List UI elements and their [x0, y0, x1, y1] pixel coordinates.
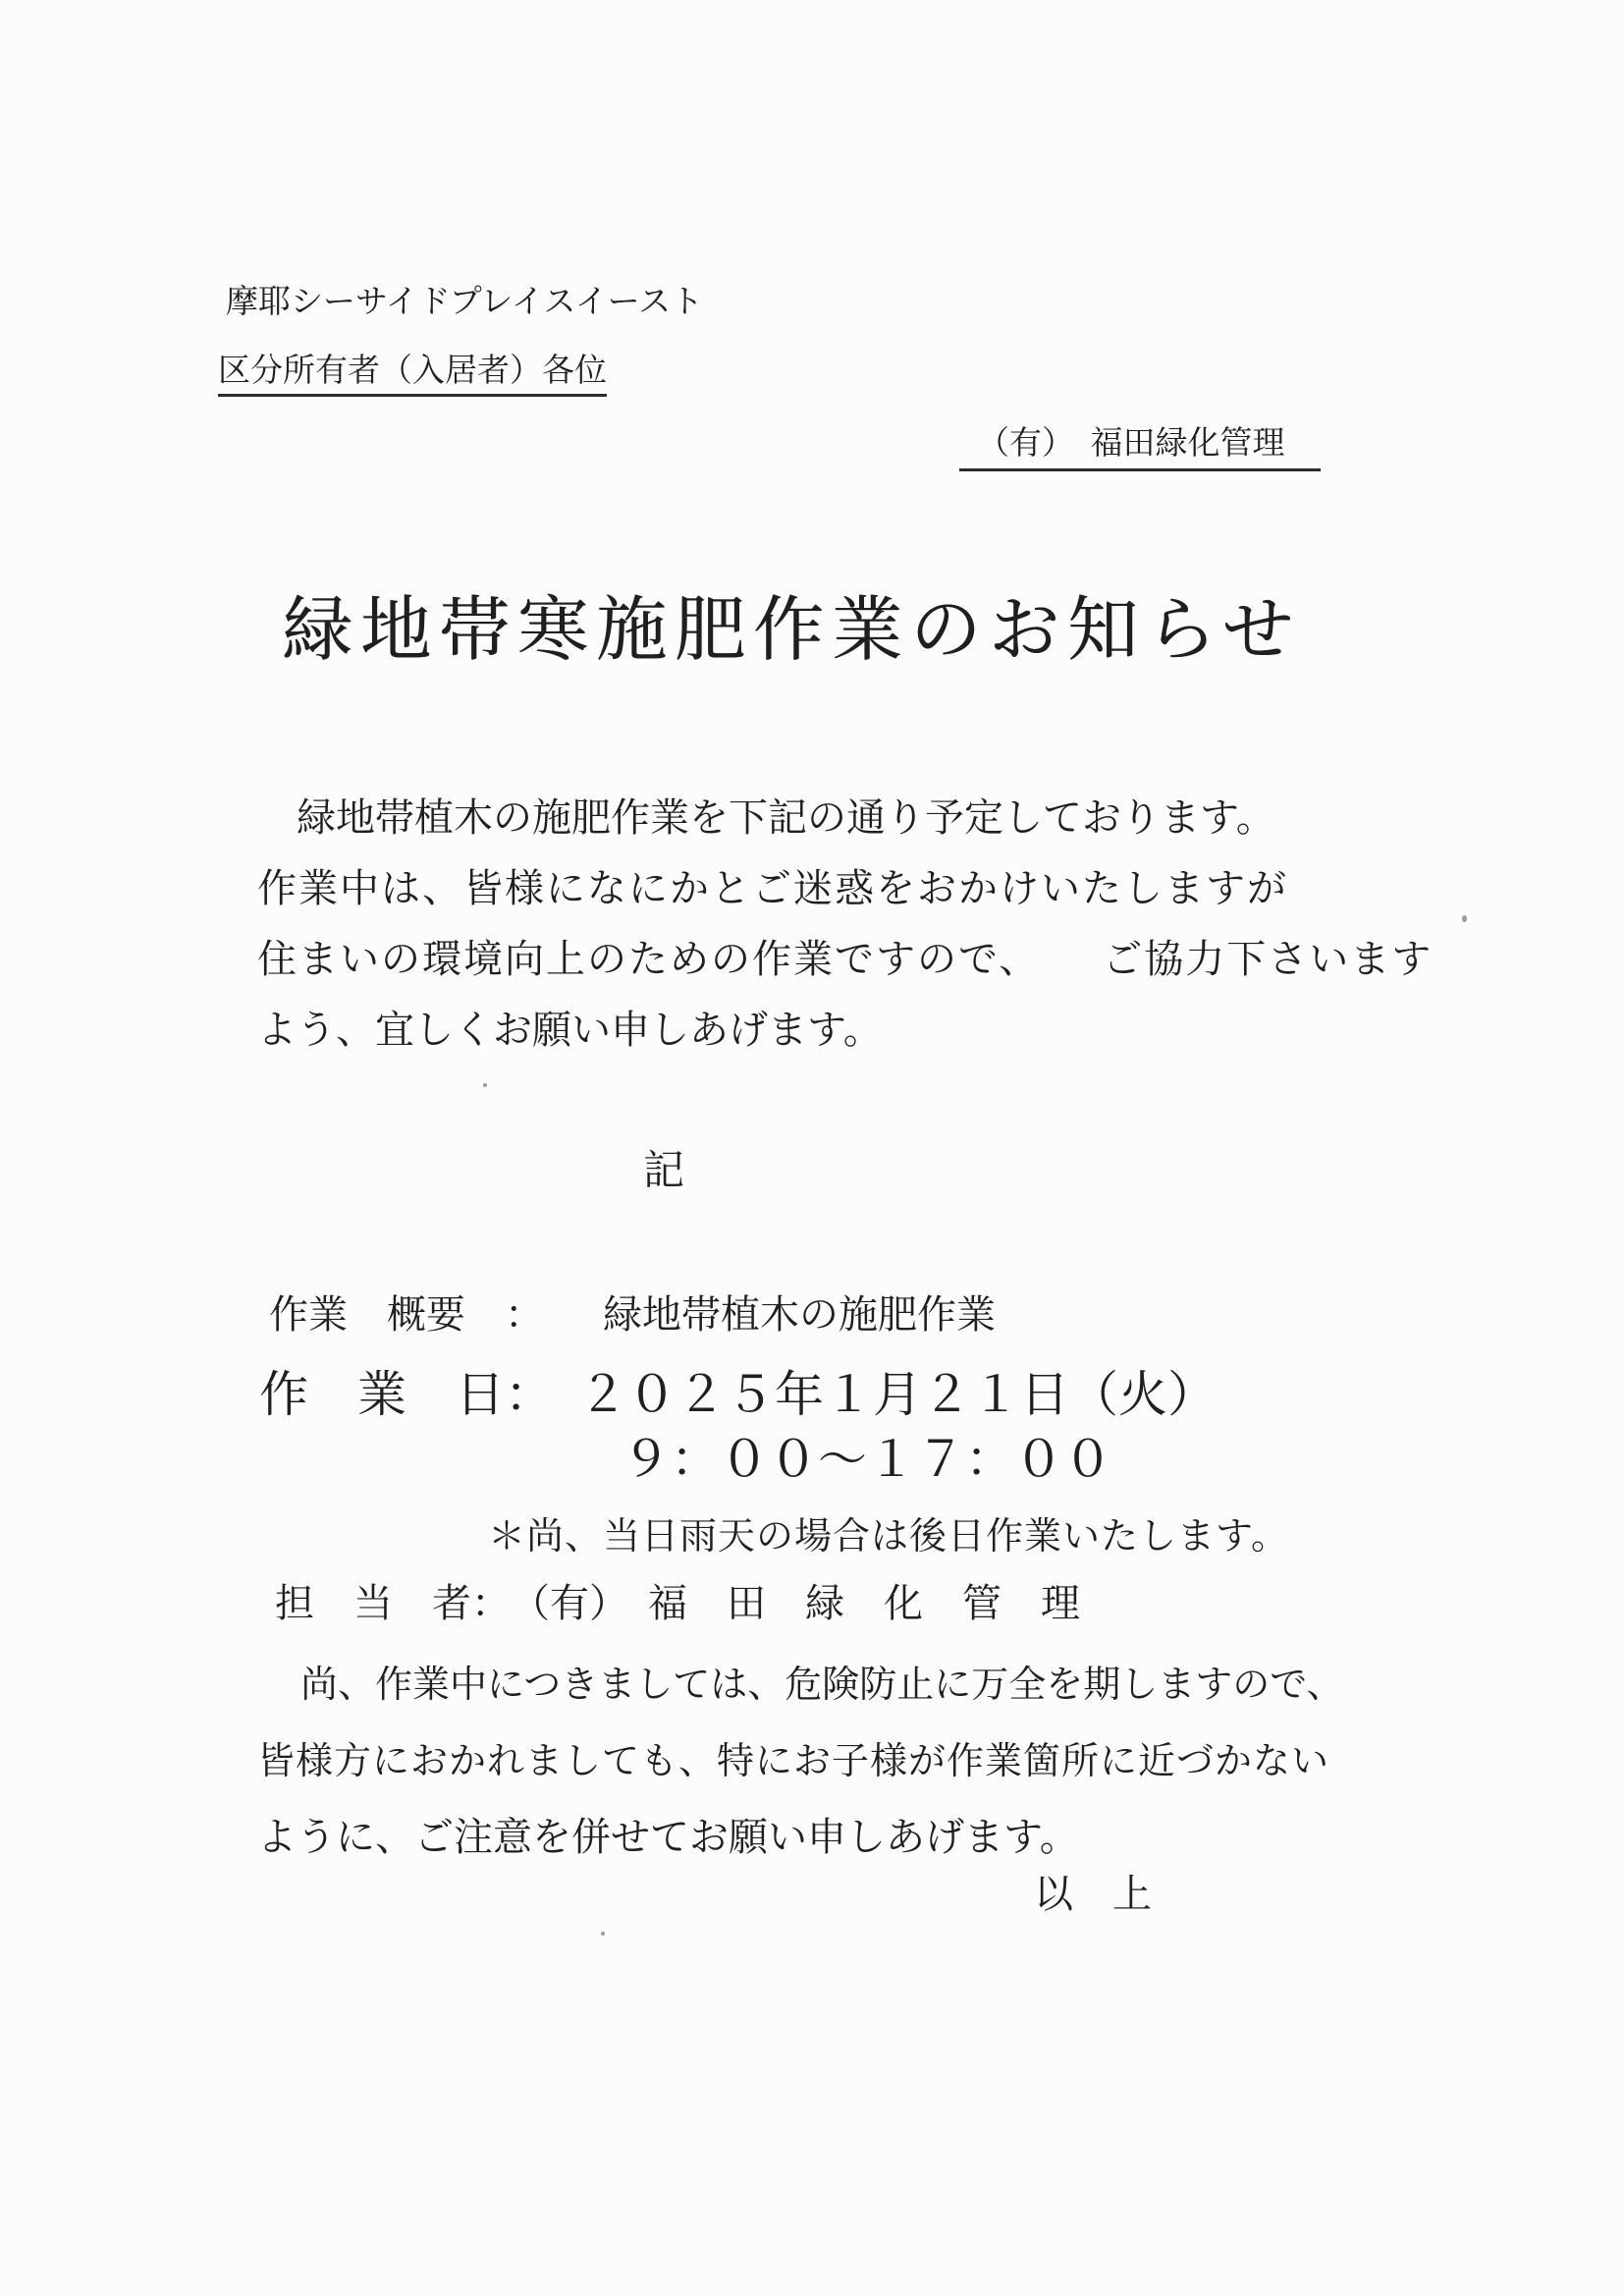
recipient-building-name: 摩耶シーサイドプレイスイースト [226, 283, 703, 320]
scan-speck [483, 1083, 487, 1087]
closing-marker: 以 上 [1034, 1872, 1152, 1917]
scan-speck [601, 1932, 605, 1936]
detail-work-overview: 作業 概要 ： 緑地帯植木の施肥作業 [269, 1292, 996, 1338]
notice-title: 緑地帯寒施肥作業のお知らせ [282, 589, 1301, 671]
body-sentence-4: よう、宜しくお願い申しあげます。 [257, 1008, 883, 1053]
detail-work-date: 作 業 日： ２０２５年１月２１日（火） [259, 1367, 1217, 1424]
caution-sentence-3: ように、ご注意を併せてお願い申しあげます。 [257, 1815, 1079, 1860]
caution-sentence-1: 尚、作業中につきましては、危険防止に万全を期しますので、 [300, 1664, 1343, 1707]
scanned-notice-page: 摩耶シーサイドプレイスイースト 区分所有者（入居者）各位 （有） 福田緑化管理 … [0, 0, 1624, 2296]
body-sentence-1: 緑地帯植木の施肥作業を下記の通り予定しております。 [297, 795, 1275, 841]
detail-rain-note: ＊尚、当日雨天の場合は後日作業いたします。 [488, 1515, 1289, 1558]
detail-work-time: ９：００～１７：００ [622, 1432, 1112, 1489]
detail-staff: 担 当 者： （有） 福 田 緑 化 管 理 [275, 1581, 1080, 1626]
scan-speck [1462, 915, 1467, 922]
caution-sentence-2: 皆様方におかれましても、特にお子様が作業箇所に近づかない [257, 1740, 1329, 1783]
record-marker: 記 [643, 1147, 684, 1194]
body-sentence-3: 住まいの環境向上のための作業ですので、 ご協力下さいます [257, 937, 1433, 982]
recipient-addressee: 区分所有者（入居者）各位 [218, 352, 607, 397]
sender-company: （有） 福田緑化管理 [959, 424, 1321, 471]
body-sentence-2: 作業中は、皆様になにかとご迷惑をおかけいたしますが [257, 866, 1288, 911]
